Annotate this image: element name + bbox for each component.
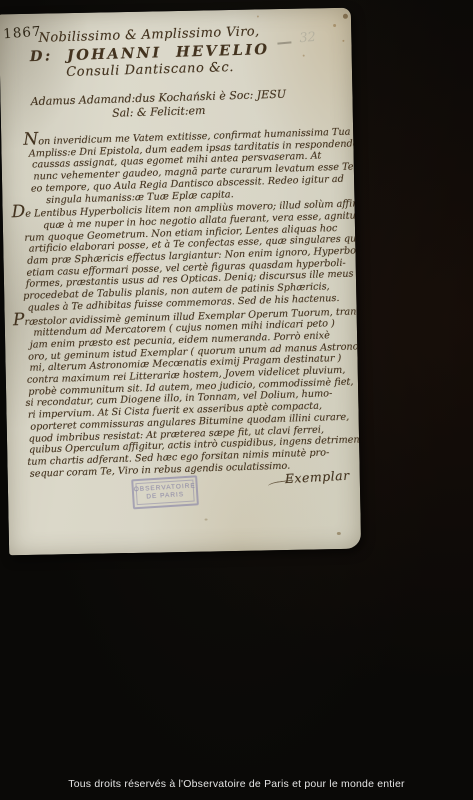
letter-address: Nobilissimo & Amplissimo Viro, D: JOHANN… (0, 23, 300, 82)
observatory-stamp: OBSERVATOIRE DE PARIS (131, 475, 199, 509)
letter-subscript: Exemplar (285, 468, 351, 486)
observatory-stamp-text: OBSERVATOIRE DE PARIS (135, 480, 194, 506)
paper-stain (205, 519, 208, 521)
paper-stain (343, 14, 348, 19)
letter-body: Non inveridicum me Vatem extitisse, conf… (7, 124, 361, 480)
paper-stain (333, 24, 336, 27)
pencil-page-number: 32 (299, 30, 317, 46)
paper-stain (337, 532, 341, 535)
stamp-line2: DE PARIS (146, 491, 184, 501)
paper-stain (303, 55, 305, 57)
paper-stain (257, 15, 259, 17)
manuscript-page: 1867 32 Nobilissimo & Amplissimo Viro, D… (0, 8, 361, 556)
paper-stain (342, 40, 344, 42)
photo-background: 1867 32 Nobilissimo & Amplissimo Viro, D… (0, 0, 473, 800)
copyright-caption: Tous droits réservés à l'Observatoire de… (0, 778, 473, 790)
letter-salutation: Adamus Adamand:dus Kochański è Soc: JESU… (8, 87, 309, 123)
